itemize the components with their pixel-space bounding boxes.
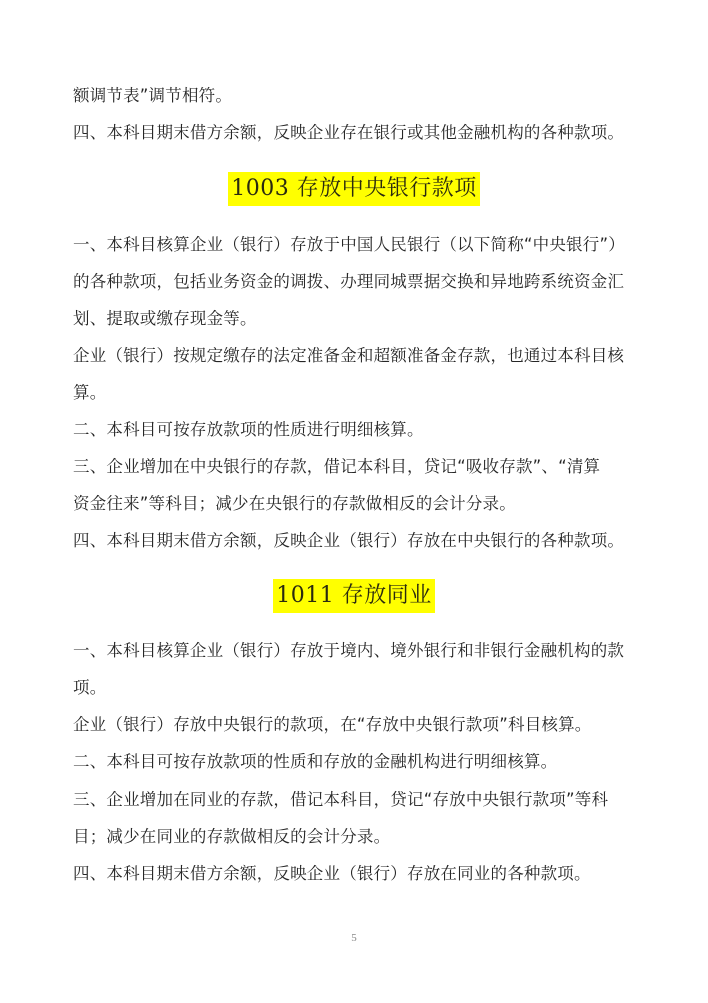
body-text-line: 四、本科目期末借方余额，反映企业存在银行或其他金融机构的各种款项。 (73, 123, 624, 143)
body-text-line: 企业（银行）存放中央银行的款项，在“存放中央银行款项”科目核算。 (73, 715, 592, 735)
body-text-line: 资金往来”等科目；减少在央银行的存款做相反的会计分录。 (73, 494, 516, 514)
page-number: 5 (0, 932, 708, 944)
body-text-line: 项。 (73, 678, 106, 698)
body-text-line: 二、本科目可按存放款项的性质和存放的金融机构进行明细核算。 (73, 752, 557, 772)
section-heading-1011: 1011 存放同业 (273, 579, 434, 613)
body-text-line: 算。 (73, 383, 106, 403)
body-text-line: 四、本科目期末借方余额，反映企业（银行）存放在同业的各种款项。 (73, 864, 591, 884)
body-text-line: 二、本科目可按存放款项的性质进行明细核算。 (73, 420, 424, 440)
body-text-line: 一、本科目核算企业（银行）存放于中国人民银行（以下简称“中央银行”） (73, 235, 625, 255)
body-text-line: 三、企业增加在中央银行的存款，借记本科目，贷记“吸收存款”、“清算 (73, 457, 600, 477)
body-text-line: 的各种款项，包括业务资金的调拨、办理同城票据交换和异地跨系统资金汇 (73, 272, 624, 292)
body-text-line: 划、提取或缴存现金等。 (73, 309, 257, 329)
body-text-line: 四、本科目期末借方余额，反映企业（银行）存放在中央银行的各种款项。 (73, 531, 624, 551)
section-heading-1003: 1003 存放中央银行款项 (228, 172, 479, 206)
section-heading-wrap: 1011 存放同业 (0, 579, 708, 613)
body-text-line: 额调节表”调节相符。 (73, 86, 232, 106)
body-text-line: 企业（银行）按规定缴存的法定准备金和超额准备金存款，也通过本科目核 (73, 346, 624, 366)
body-text-line: 目；减少在同业的存款做相反的会计分录。 (73, 827, 390, 847)
body-text-line: 一、本科目核算企业（银行）存放于境内、境外银行和非银行金融机构的款 (73, 641, 624, 661)
body-text-line: 三、企业增加在同业的存款，借记本科目，贷记“存放中央银行款项”等科 (73, 790, 608, 810)
section-heading-wrap: 1003 存放中央银行款项 (0, 172, 708, 206)
